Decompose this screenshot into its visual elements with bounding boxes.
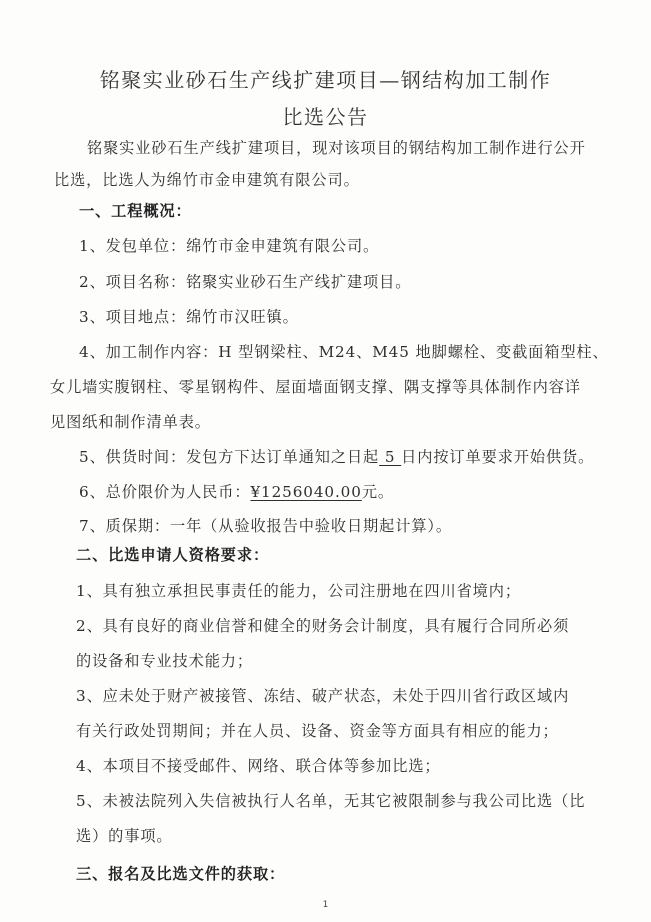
supply-time-suffix: 日内按订单要求开始供货。 [401,448,594,466]
intro-line-2: 比选，比选人为绵竹市金申建筑有限公司。 [54,169,360,190]
price-limit-suffix: 元。 [362,483,394,501]
section-2-item-3-line-1: 3、应未处于财产被接管、冻结、破产状态，未处于四川省行政区域内 [76,685,569,706]
section-2-item-2-line-1: 2、具有良好的商业信誉和健全的财务会计制度，具有履行合同所必须 [76,615,569,636]
section-1-item-7: 7、质保期：一年（从验收报告中验收日期起计算）。 [79,515,452,536]
document-page: 铭聚实业砂石生产线扩建项目—钢结构加工制作 比选公告 铭聚实业砂石生产线扩建项目… [0,0,651,922]
section-1-heading: 一、工程概况： [79,200,192,221]
intro-line-1: 铭聚实业砂石生产线扩建项目，现对该项目的钢结构加工制作进行公开 [87,137,586,158]
section-1-item-6: 6、总价限价为人民币：¥1256040.00元。 [79,481,394,502]
section-2-item-4: 4、本项目不接受邮件、网络、联合体等参加比选； [76,755,441,776]
supply-time-prefix: 5、供货时间：发包方下达订单通知之日起 [79,448,379,466]
supply-days-value: 5 [379,448,401,466]
price-limit-amount: ¥1256040.00 [250,483,361,501]
section-2-item-3-line-2: 有关行政处罚期间；并在人员、设备、资金等方面具有相应的能力； [76,720,559,741]
section-1-item-3: 3、项目地点：绵竹市汉旺镇。 [79,306,299,327]
section-1-item-4-line-2: 女儿墙实腹钢柱、零星钢构件、屋面墙面钢支撑、隅支撑等具体制作内容详 [50,376,581,397]
section-1-item-4-line-1: 4、加工制作内容：H 型钢梁柱、M24、M45 地脚螺栓、变截面箱型柱、 [79,341,609,362]
section-1-item-5: 5、供货时间：发包方下达订单通知之日起 5 日内按订单要求开始供货。 [79,446,594,467]
section-2-item-1: 1、具有独立承担民事责任的能力，公司注册地在四川省境内； [76,580,521,601]
section-1-item-4-line-3: 见图纸和制作清单表。 [50,411,211,432]
page-number: 1 [0,900,651,910]
price-limit-prefix: 6、总价限价为人民币： [79,483,250,501]
document-title: 铭聚实业砂石生产线扩建项目—钢结构加工制作 [0,64,651,93]
section-2-item-5-line-2: 选）的事项。 [76,825,173,846]
section-2-item-5-line-1: 5、未被法院列入失信被执行人名单，无其它被限制参与我公司比选（比 [76,790,585,811]
section-3-heading: 三、报名及比选文件的获取： [76,863,285,884]
document-subtitle: 比选公告 [0,101,651,130]
section-1-item-1: 1、发包单位：绵竹市金申建筑有限公司。 [79,235,379,256]
section-1-item-2: 2、项目名称：铭聚实业砂石生产线扩建项目。 [79,271,411,292]
section-2-item-2-line-2: 的设备和专业技术能力； [76,650,253,671]
section-2-heading: 二、比选申请人资格要求： [76,544,269,565]
